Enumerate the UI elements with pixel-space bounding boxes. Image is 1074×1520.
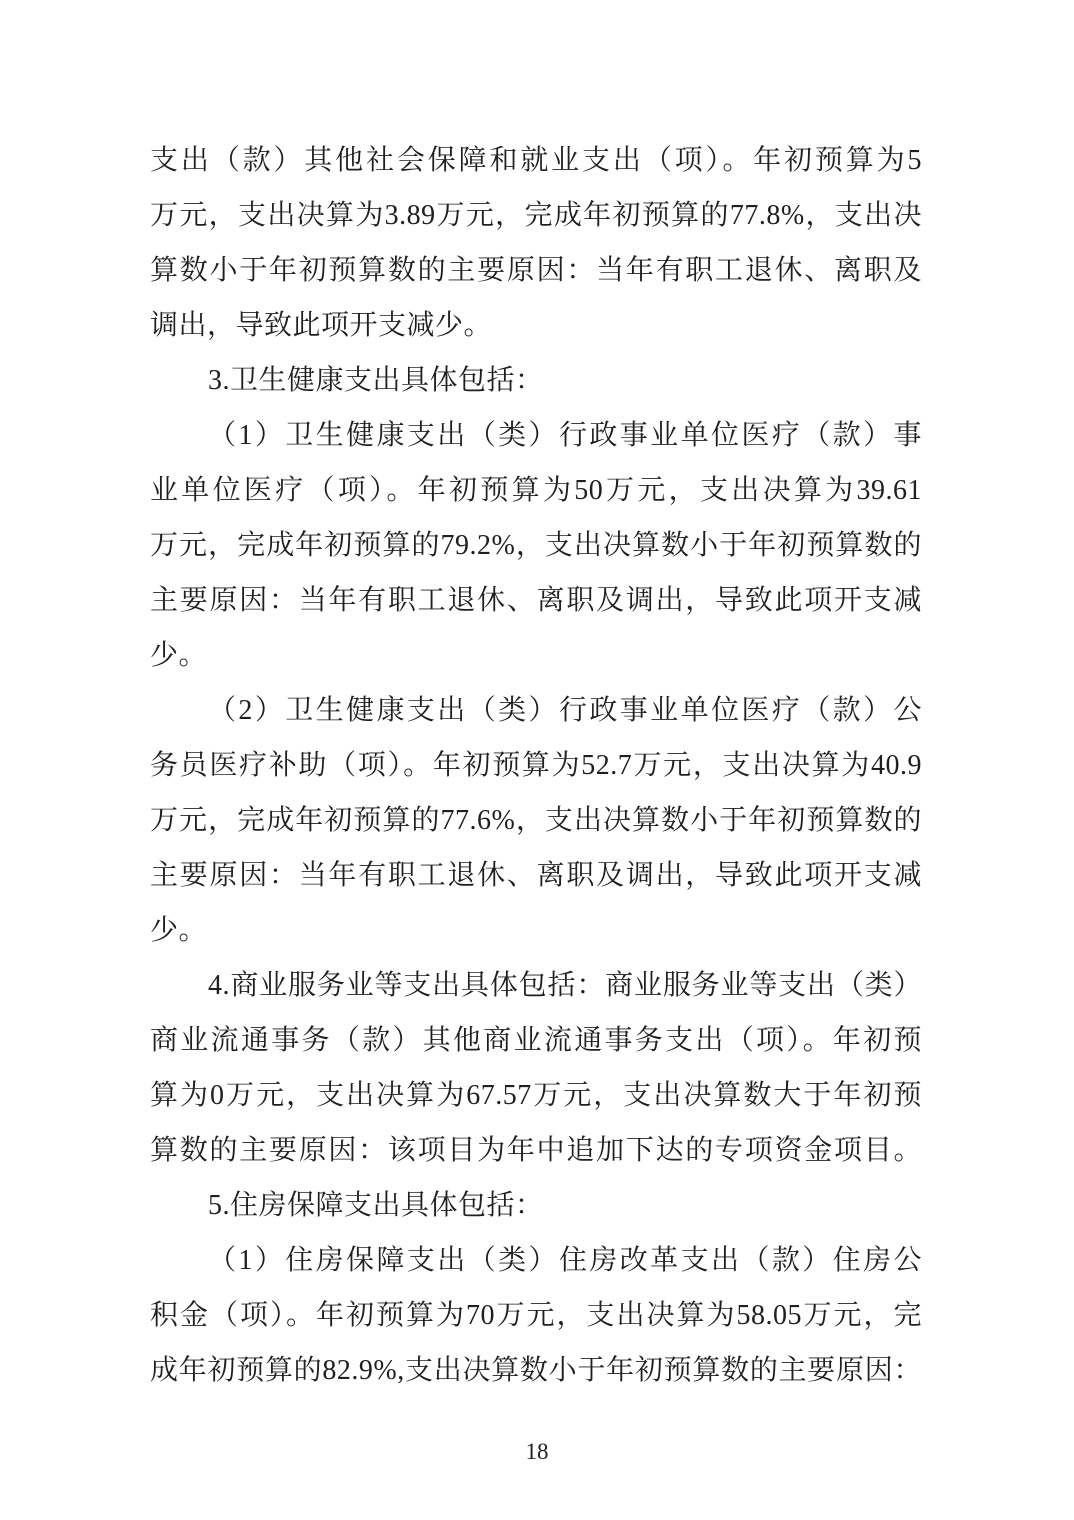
document-body: 支出（款）其他社会保障和就业支出（项）。年初预算为5 万元，支出决算为3.89万…: [150, 133, 922, 1398]
text-line: 4.商业服务业等支出具体包括：商业服务业等支出（类）: [150, 958, 922, 1013]
text-line: 算为0万元，支出决算为67.57万元，支出决算数大于年初预: [150, 1068, 922, 1123]
text-line: （1）卫生健康支出（类）行政事业单位医疗（款）事: [150, 408, 922, 463]
text-line: （1）住房保障支出（类）住房改革支出（款）住房公: [150, 1233, 922, 1288]
text-line: 主要原因：当年有职工退休、离职及调出，导致此项开支减: [150, 573, 922, 628]
paragraph: 3.卫生健康支出具体包括：: [150, 353, 922, 408]
text-line: 5.住房保障支出具体包括：: [150, 1178, 922, 1233]
text-line: 少。: [150, 628, 922, 683]
text-line: 业单位医疗（项）。年初预算为50万元，支出决算为39.61: [150, 463, 922, 518]
paragraph: 5.住房保障支出具体包括：: [150, 1178, 922, 1233]
text-line: 主要原因：当年有职工退休、离职及调出，导致此项开支减: [150, 848, 922, 903]
text-line: 万元，完成年初预算的77.6%，支出决算数小于年初预算数的: [150, 793, 922, 848]
text-line: （2）卫生健康支出（类）行政事业单位医疗（款）公: [150, 683, 922, 738]
text-line: 商业流通事务（款）其他商业流通事务支出（项）。年初预: [150, 1013, 922, 1068]
text-line: 调出，导致此项开支减少。: [150, 298, 922, 353]
paragraph: （1）住房保障支出（类）住房改革支出（款）住房公 积金（项）。年初预算为70万元…: [150, 1233, 922, 1398]
text-line: 万元，支出决算为3.89万元，完成年初预算的77.8%，支出决: [150, 188, 922, 243]
paragraph: （2）卫生健康支出（类）行政事业单位医疗（款）公 务员医疗补助（项）。年初预算为…: [150, 683, 922, 958]
text-line: 少。: [150, 903, 922, 958]
text-line: 务员医疗补助（项）。年初预算为52.7万元，支出决算为40.9: [150, 738, 922, 793]
text-line: 3.卫生健康支出具体包括：: [150, 353, 922, 408]
page-number: 18: [0, 1432, 1074, 1472]
text-line: 积金（项）。年初预算为70万元，支出决算为58.05万元，完: [150, 1288, 922, 1343]
text-line: 算数的主要原因：该项目为年中追加下达的专项资金项目。: [150, 1123, 922, 1178]
document-page: 支出（款）其他社会保障和就业支出（项）。年初预算为5 万元，支出决算为3.89万…: [0, 0, 1074, 1520]
paragraph: 支出（款）其他社会保障和就业支出（项）。年初预算为5 万元，支出决算为3.89万…: [150, 133, 922, 353]
text-line: 支出（款）其他社会保障和就业支出（项）。年初预算为5: [150, 133, 922, 188]
text-line: 万元，完成年初预算的79.2%，支出决算数小于年初预算数的: [150, 518, 922, 573]
text-line: 算数小于年初预算数的主要原因：当年有职工退休、离职及: [150, 243, 922, 298]
paragraph: 4.商业服务业等支出具体包括：商业服务业等支出（类） 商业流通事务（款）其他商业…: [150, 958, 922, 1178]
paragraph: （1）卫生健康支出（类）行政事业单位医疗（款）事 业单位医疗（项）。年初预算为5…: [150, 408, 922, 683]
text-line: 成年初预算的82.9%,支出决算数小于年初预算数的主要原因：: [150, 1343, 922, 1398]
